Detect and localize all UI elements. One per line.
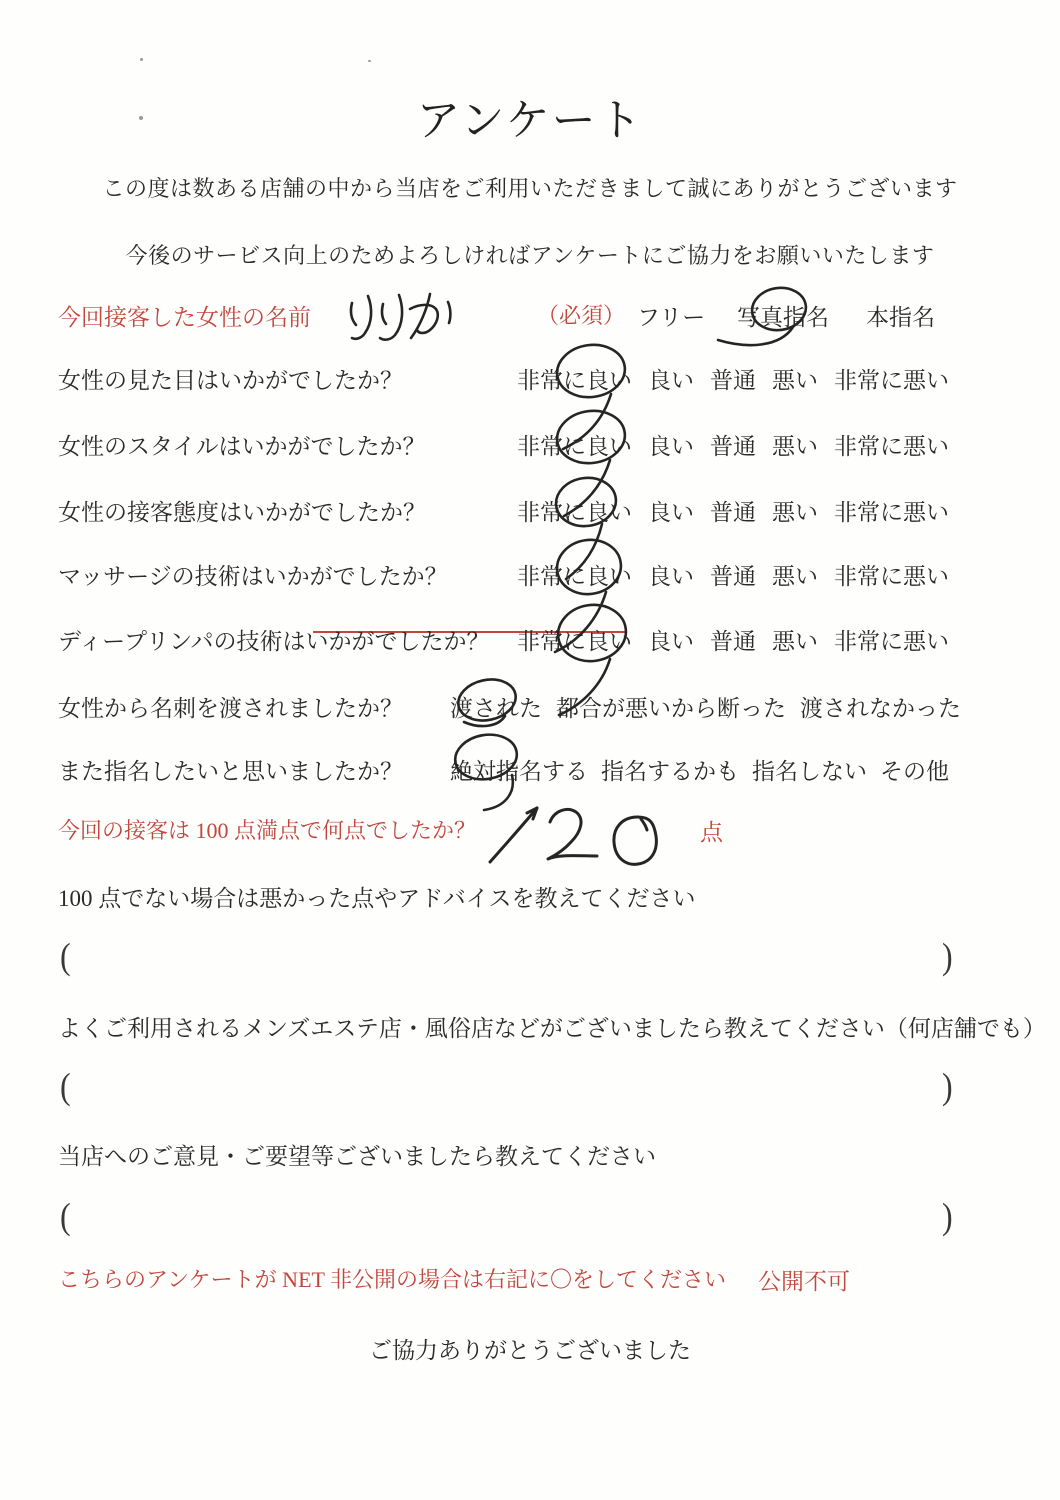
score-question-label: 今回の接客は 100 点満点で何点でしたか？ bbox=[58, 814, 476, 845]
handwritten-score bbox=[490, 808, 656, 864]
handwritten-name bbox=[351, 294, 450, 340]
question-label: ディープリンパの技術はいかがでしたか？ bbox=[58, 623, 489, 656]
option-label: 非常に良い bbox=[517, 558, 632, 591]
option-label: 非常に悪い bbox=[834, 362, 949, 395]
option-label: 非常に良い bbox=[517, 494, 632, 527]
option-label: 悪い bbox=[772, 558, 818, 591]
option-label: 絶対指名する bbox=[450, 753, 588, 786]
scan-artifact bbox=[368, 60, 371, 62]
question-label: 100 点でない場合は悪かった点やアドバイスを教えてください bbox=[58, 880, 696, 913]
question-label: 女性のスタイルはいかがでしたか？ bbox=[58, 428, 426, 461]
option-label: 非常に良い bbox=[517, 428, 632, 461]
option-label: 良い bbox=[648, 558, 694, 591]
option-label: 非常に良い bbox=[517, 362, 632, 395]
question-label: よくご利用されるメンズエステ店・風俗店などがございましたら教えてください（何店舗… bbox=[58, 1010, 1046, 1043]
option-label: 指名しない bbox=[752, 753, 867, 786]
option-label: 悪い bbox=[772, 428, 818, 461]
option-label: 普通 bbox=[710, 623, 756, 656]
paren-open: ( bbox=[60, 935, 71, 978]
option-label: 非常に悪い bbox=[834, 558, 949, 591]
option-label: 普通 bbox=[710, 558, 756, 591]
name-option-hon-shimei: 本指名 bbox=[866, 299, 935, 332]
option-label: 悪い bbox=[772, 362, 818, 395]
option-label: その他 bbox=[880, 753, 949, 786]
name-option-photo-shimei: 写真指名 bbox=[737, 299, 829, 332]
option-label: 非常に良い bbox=[517, 623, 632, 656]
paren-close: ) bbox=[942, 935, 953, 978]
paren-open: ( bbox=[60, 1065, 71, 1108]
question-label: 当店へのご意見・ご要望等ございましたら教えてください bbox=[58, 1138, 656, 1171]
option-label: 良い bbox=[648, 494, 694, 527]
answer-field: ( ) bbox=[0, 1068, 1060, 1124]
option-label: 非常に悪い bbox=[834, 428, 949, 461]
option-label: 普通 bbox=[710, 428, 756, 461]
no-publication-option: 公開不可 bbox=[758, 1263, 850, 1296]
option-label: 普通 bbox=[710, 494, 756, 527]
survey-scan-sheet: アンケート この度は数ある店舗の中から当店をご利用いただきまして誠にありがとうご… bbox=[0, 0, 1060, 1500]
question-label: 女性の見た目はいかがでしたか？ bbox=[58, 362, 403, 395]
required-note: （必須） bbox=[537, 299, 625, 330]
option-label: 渡されなかった bbox=[800, 690, 961, 723]
name-option-free: フリー bbox=[637, 299, 705, 332]
score-unit-label: 点 bbox=[700, 814, 723, 847]
answer-field: ( ) bbox=[0, 1198, 1060, 1254]
option-label: 都合が悪いから断った bbox=[556, 690, 786, 723]
closing-message: ご協力ありがとうございました bbox=[0, 1332, 1060, 1365]
option-label: 悪い bbox=[772, 494, 818, 527]
option-label: 悪い bbox=[772, 623, 818, 656]
intro-line: 今後のサービス向上のためよろしければアンケートにご協力をお願いいたします bbox=[0, 239, 1060, 270]
paren-close: ) bbox=[942, 1065, 953, 1108]
option-label: 非常に悪い bbox=[834, 623, 949, 656]
scan-artifact bbox=[140, 58, 143, 61]
paren-open: ( bbox=[60, 1195, 71, 1238]
option-label: 非常に悪い bbox=[834, 494, 949, 527]
answer-field: ( ) bbox=[0, 938, 1060, 994]
option-label: 渡された bbox=[450, 690, 542, 723]
option-label: 指名するかも bbox=[601, 753, 739, 786]
page-title: アンケート bbox=[0, 84, 1060, 148]
option-label: 良い bbox=[648, 623, 694, 656]
question-label: 女性の接客態度はいかがでしたか？ bbox=[58, 494, 426, 527]
question-label: 女性から名刺を渡されましたか？ bbox=[58, 690, 403, 723]
question-label: マッサージの技術はいかがでしたか？ bbox=[58, 558, 448, 591]
net-publication-label: こちらのアンケートが NET 非公開の場合は右記に〇をしてください bbox=[58, 1263, 726, 1294]
name-question-label: 今回接客した女性の名前 bbox=[58, 299, 311, 332]
option-label: 良い bbox=[648, 428, 694, 461]
question-label: また指名したいと思いましたか？ bbox=[58, 753, 403, 786]
intro-line: この度は数ある店舗の中から当店をご利用いただきまして誠にありがとうございます bbox=[0, 172, 1060, 203]
option-label: 普通 bbox=[710, 362, 756, 395]
option-label: 良い bbox=[648, 362, 694, 395]
paren-close: ) bbox=[942, 1195, 953, 1238]
